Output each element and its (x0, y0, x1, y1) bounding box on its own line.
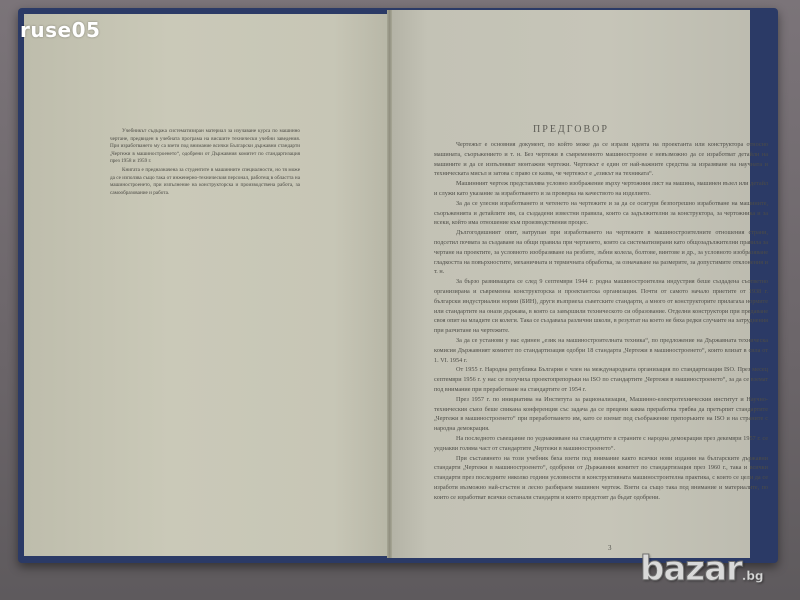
preface-paragraph: Дългогодишният опит, натрупан при израбо… (434, 228, 768, 277)
left-page (24, 14, 388, 556)
preface-paragraph: При съставянето на този учебник бяха взе… (434, 454, 768, 503)
preface-paragraph: През 1957 г. по инициатива на Института … (434, 395, 768, 434)
preface-paragraph: За да се установи у нас единен „език на … (434, 336, 768, 365)
preface-paragraph: За да се улесни изработването и четенето… (434, 199, 768, 228)
preface-paragraph: Машинният чертеж представлява условно из… (434, 179, 768, 199)
left-page-annotation: Учебникът съдържа систематизиран материа… (110, 128, 300, 198)
site-watermark-logo: bazar.bg (640, 552, 764, 593)
left-paragraph: Учебникът съдържа систематизиран материа… (110, 128, 300, 166)
preface-paragraph: За бързо развиващата се след 9 септември… (434, 277, 768, 336)
site-watermark-name: bazar (640, 549, 742, 589)
page-number: 3 (608, 544, 612, 552)
page-title: ПРЕДГОВОР (392, 124, 750, 135)
preface-paragraph: От 1955 г. Народна република България е … (434, 365, 768, 394)
preface-body: Чертежът е основния документ, по който м… (434, 140, 768, 502)
left-paragraph: Книгата е предназначена за студентите в … (110, 167, 300, 197)
user-watermark: ruse05 (20, 18, 100, 42)
preface-paragraph: На последното съвещание по уеднаквяване … (434, 434, 768, 454)
preface-paragraph: Чертежът е основния документ, по който м… (434, 140, 768, 179)
site-watermark-tld: .bg (742, 569, 764, 583)
